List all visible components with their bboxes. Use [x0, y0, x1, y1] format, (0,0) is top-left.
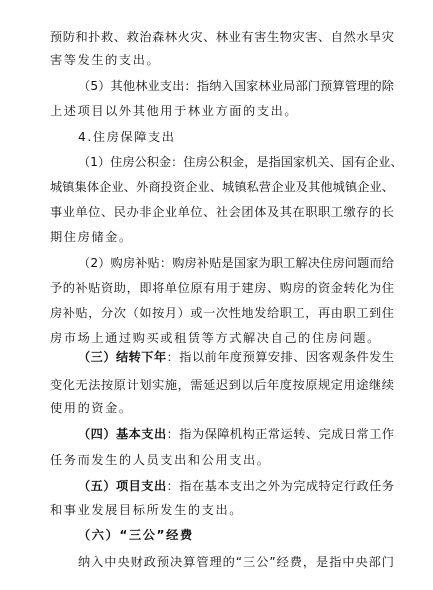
text-line: 事业单位、民办非企业单位、社会团体及其在职职工缴存的长 — [50, 202, 394, 222]
definition-text: ：指为保障机构正常运转、完成日常工作 — [167, 427, 394, 441]
text-line: 和事业发展目标所发生的支出。 — [50, 500, 394, 520]
definition-text: ：指在基本支出之外为完成特定行政任务 — [167, 479, 394, 493]
text-line: 使用的资金。 — [50, 398, 394, 418]
paragraph-housing-fund: （1）住房公积金：住房公积金，是指国家机关、国有企业、 — [78, 152, 394, 172]
heading-three-public: （六）“三公”经费 — [78, 525, 394, 545]
paragraph-three-public: 纳入中央财政预决算管理的“三公”经费，是指中央部门 — [78, 552, 394, 572]
paragraph-forestry-other: （5）其他林业支出：指纳入国家林业局部门预算管理的除 — [78, 76, 394, 96]
document-page: 预防和扑救、救治森林火灾、林业有害生物灾害、自然水旱灾 害等发生的支出。 （5）… — [0, 0, 433, 590]
text-line: 上述项目以外其他用于林业方面的支出。 — [50, 101, 394, 121]
paragraph-basic-expenditure: （四）基本支出：指为保障机构正常运转、完成日常工作 — [78, 424, 394, 444]
text-line: 预防和扑救、救治森林火灾、林业有害生物灾害、自然水旱灾 — [50, 27, 394, 47]
text-line: 任务而发生的人员支出和公用支出。 — [50, 450, 394, 470]
text-line: 城镇集体企业、外商投资企业、城镇私营企业及其他城镇企业、 — [50, 177, 394, 197]
text-line: 变化无法按原计划实施，需延迟到以后年度按原规定用途继续 — [50, 375, 394, 395]
text-line: 害等发生的支出。 — [50, 50, 394, 70]
heading-basic-expenditure: （四）基本支出 — [78, 427, 167, 441]
text-line: 房市场上通过购买或租赁等方式解决自己的住房问题。 — [50, 328, 394, 348]
definition-text: ：指以前年度预算安排、因客观条件发生 — [167, 350, 394, 364]
paragraph-carryover: （三）结转下年：指以前年度预算安排、因客观条件发生 — [78, 347, 394, 367]
heading-carryover: （三）结转下年 — [78, 350, 167, 364]
text-line: 予的补贴资助，即将单位原有用于建房、购房的资金转化为住 — [50, 278, 394, 298]
text-line: 期住房储金。 — [50, 227, 394, 247]
paragraph-project-expenditure: （五）项目支出：指在基本支出之外为完成特定行政任务 — [78, 476, 394, 496]
heading-project-expenditure: （五）项目支出 — [78, 479, 167, 493]
text-line: 房补贴，分次（如按月）或一次性地发给职工，再由职工到住 — [50, 303, 394, 323]
section-title-housing: 4.住房保障支出 — [78, 127, 394, 147]
paragraph-housing-subsidy: （2）购房补贴：购房补贴是国家为职工解决住房问题而给 — [78, 253, 394, 273]
